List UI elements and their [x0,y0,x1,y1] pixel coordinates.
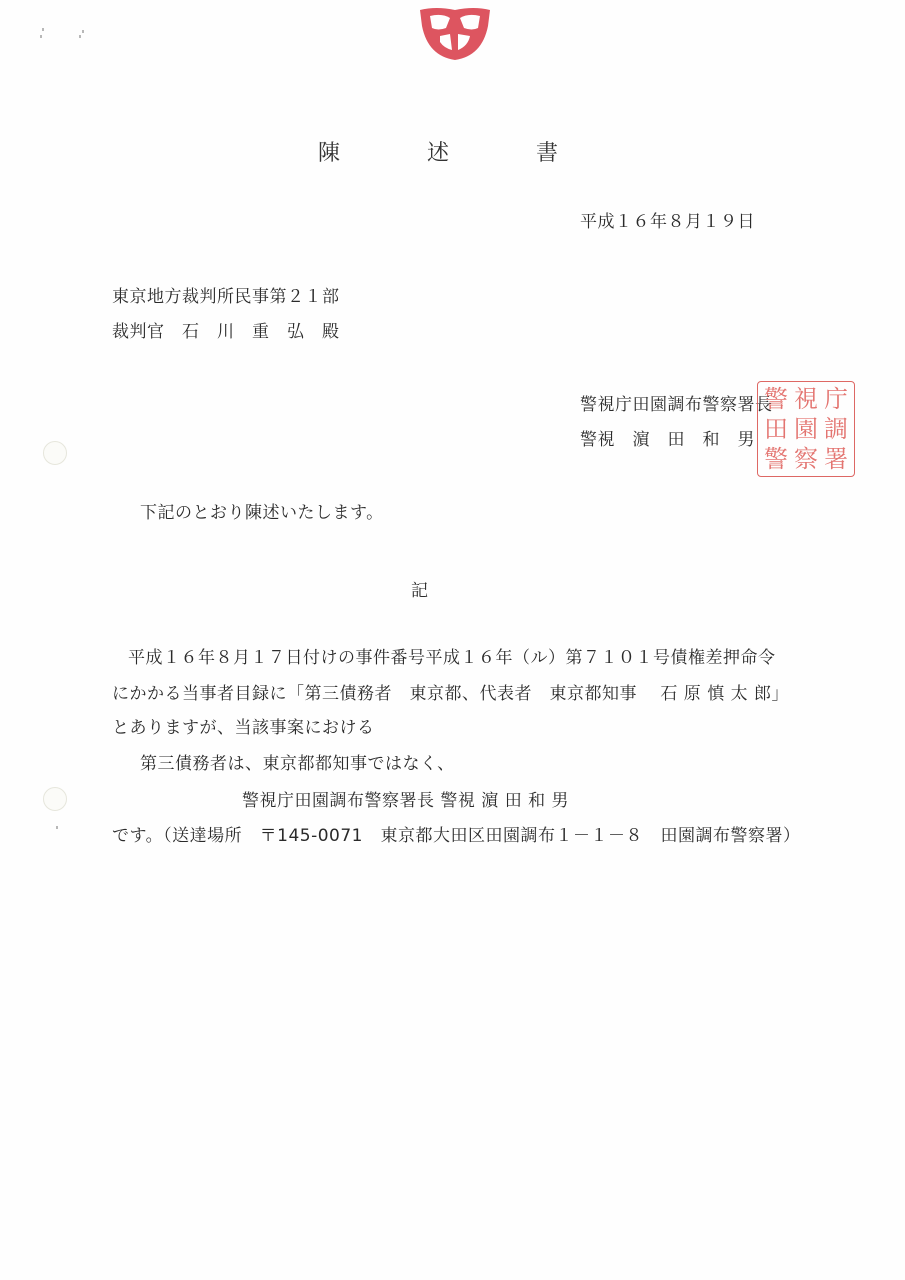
addressee-judge: 裁判官 石 川 重 弘 殿 [112,324,340,341]
scan-speck [79,35,81,38]
seal-char: 警 [761,384,791,414]
document-page: 陳 述 書 平成１６年８月１９日 東京地方裁判所民事第２１部 裁判官 石 川 重… [0,0,905,1280]
scan-speck [40,35,42,38]
title-char: 書 [536,136,558,167]
body-line: 第三債務者は、東京都都知事ではなく、 [140,756,455,773]
document-date: 平成１６年８月１９日 [580,214,755,231]
seal-char: 園 [791,414,821,444]
section-heading-ki: 記 [411,576,428,601]
punch-hole [43,787,67,811]
seal-char: 視 [791,384,821,414]
document-title: 陳 述 書 [318,136,558,167]
body-line: にかかる当事者目録に「第三債務者 東京都、代表者 東京都知事 石 原 慎 太 郎… [112,686,789,703]
scan-speck [82,30,84,33]
punch-hole [43,441,67,465]
seal-char: 警 [761,444,791,474]
seal-char: 察 [791,444,821,474]
sender-organization: 警視庁田園調布警察署長 [580,397,773,414]
seal-char: 庁 [821,384,851,414]
scan-speck [42,28,44,31]
partial-seal-stamp-icon [416,4,494,62]
intro-statement: 下記のとおり陳述いたします。 [140,505,384,522]
title-char: 述 [427,136,449,167]
body-line: 警視庁田園調布警察署長 警視 濵 田 和 男 [242,793,569,810]
seal-char: 田 [761,414,791,444]
official-seal-stamp: 警 視 庁 田 園 調 警 察 署 [757,381,855,477]
sender-name: 警視 濵 田 和 男 [580,432,755,449]
scan-speck [56,826,58,829]
body-line: 平成１６年８月１７日付けの事件番号平成１６年（ル）第７１０１号債権差押命令 [128,650,776,667]
seal-char: 調 [821,414,851,444]
title-char: 陳 [318,136,340,167]
body-line: とありますが、当該事案における [112,720,375,737]
seal-char: 署 [821,444,851,474]
body-line: です。（送達場所 〒145-0071 東京都大田区田園調布１－１－８ 田園調布警… [112,828,800,845]
addressee-court: 東京地方裁判所民事第２１部 [112,289,340,306]
